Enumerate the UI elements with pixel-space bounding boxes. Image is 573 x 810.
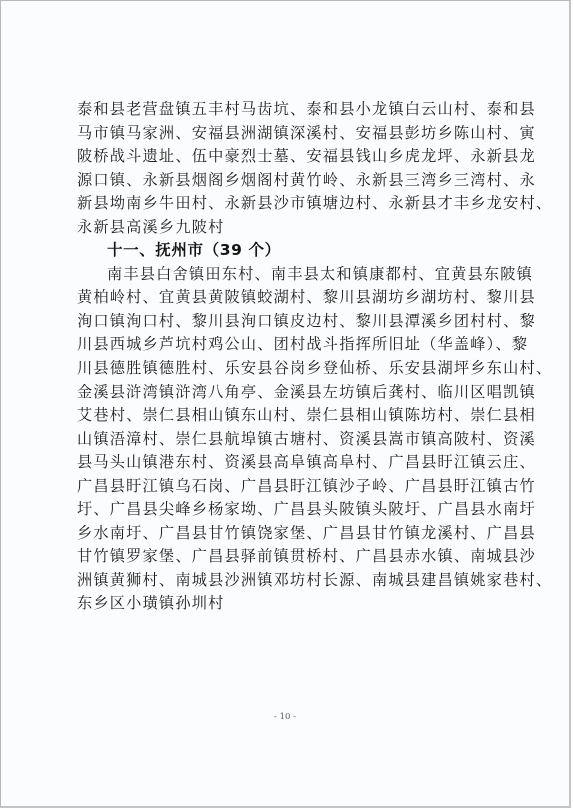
page-number: - 10 - bbox=[1, 712, 569, 722]
text-line: 陂桥战斗遗址、伍中豪烈士墓、安福县钱山乡虎龙坪、永新县龙 bbox=[77, 145, 501, 169]
text-line: 艾巷村、崇仁县相山镇东山村、崇仁县相山镇陈坊村、崇仁县相 bbox=[77, 404, 501, 428]
text-line: 县马头山镇港东村、资溪县高阜镇高阜村、广昌县盱江镇云庄、 bbox=[77, 451, 501, 475]
text-line: 新县坳南乡牛田村、永新县沙市镇塘边村、永新县才丰乡龙安村、 bbox=[77, 192, 501, 216]
text-line: 圩、广昌县尖峰乡杨家坳、广昌县头陂镇头陂圩、广昌县水南圩 bbox=[77, 498, 501, 522]
text-line: 川县德胜镇德胜村、乐安县谷岗乡登仙桥、乐安县湖坪乡东山村、 bbox=[77, 357, 501, 381]
text-line: 永新县高溪乡九陂村 bbox=[77, 216, 501, 240]
section-heading: 十一、抚州市（39 个） bbox=[77, 239, 501, 263]
page-content: 泰和县老营盘镇五丰村马齿坑、泰和县小龙镇白云山村、泰和县 马市镇马家洲、安福县洲… bbox=[77, 98, 501, 616]
text-line: 山镇浯漳村、崇仁县航埠镇古塘村、资溪县嵩市镇高陂村、资溪 bbox=[77, 428, 501, 452]
text-line: 洲镇黄狮村、南城县沙洲镇邓坊村长源、南城县建昌镇姚家巷村、 bbox=[77, 569, 501, 593]
text-line: 甘竹镇罗家堡、广昌县驿前镇贯桥村、广昌县赤水镇、南城县沙 bbox=[77, 545, 501, 569]
text-line: 金溪县浒湾镇浒湾八角亭、金溪县左坊镇后龚村、临川区唱凯镇 bbox=[77, 381, 501, 405]
text-line: 源口镇、永新县烟阁乡烟阁村黄竹岭、永新县三湾乡三湾村、永 bbox=[77, 169, 501, 193]
text-line: 川县西城乡芦坑村鸡公山、团村战斗指挥所旧址（华盖峰）、黎 bbox=[77, 333, 501, 357]
text-line: 广昌县盱江镇乌石岗、广昌县盱江镇沙子岭、广昌县盱江镇古竹 bbox=[77, 475, 501, 499]
text-line: 南丰县白舍镇田东村、南丰县太和镇康都村、宜黄县东陂镇 bbox=[77, 263, 501, 287]
text-line: 马市镇马家洲、安福县洲湖镇深溪村、安福县彭坊乡陈山村、寅 bbox=[77, 122, 501, 146]
document-page: 泰和县老营盘镇五丰村马齿坑、泰和县小龙镇白云山村、泰和县 马市镇马家洲、安福县洲… bbox=[0, 0, 571, 808]
text-line: 泰和县老营盘镇五丰村马齿坑、泰和县小龙镇白云山村、泰和县 bbox=[77, 98, 501, 122]
text-line: 黄柏岭村、宜黄县黄陂镇蛟湖村、黎川县湖坊乡湖坊村、黎川县 bbox=[77, 286, 501, 310]
text-line: 东乡区小璜镇孙圳村 bbox=[77, 592, 501, 616]
text-line: 洵口镇洵口村、黎川县洵口镇皮边村、黎川县潭溪乡团村村、黎 bbox=[77, 310, 501, 334]
text-line: 乡水南圩、广昌县甘竹镇饶家堡、广昌县甘竹镇龙溪村、广昌县 bbox=[77, 522, 501, 546]
